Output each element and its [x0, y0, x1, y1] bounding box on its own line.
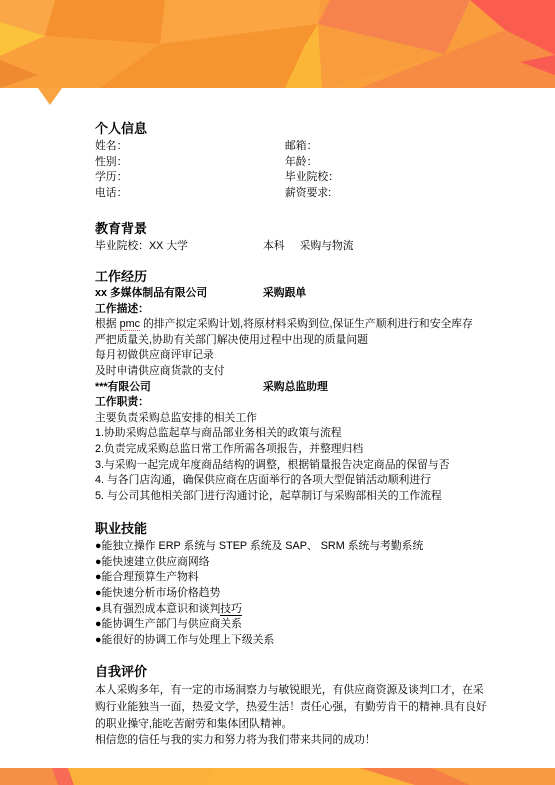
field-label-email: 邮箱：	[285, 139, 515, 155]
evaluation-line: 购行业能独当一面，热爱文学，热爱生活！责任心强，有勤劳肯干的精神.具有良好	[95, 699, 515, 716]
field-label-phone: 电话：	[95, 186, 285, 202]
field-label-gender: 性别：	[95, 155, 285, 171]
footer-polygon-graphic	[0, 768, 555, 785]
job-entry: xx 多媒体制品有限公司 采购跟单 工作描述： 根据 pmc 的排产拟定采购计划…	[95, 286, 515, 380]
job-entry: ***有限公司 采购总监助理 工作职责： 主要负责采购总监安排的相关工作 1.协…	[95, 380, 515, 505]
job-description-line: 严把质量关,协助有关部门解决使用过程中出现的质量问题	[95, 333, 515, 349]
job-description-text: 的排产拟定采购计划,将原材料采购到位,保证生产顺利进行和安全库存	[140, 318, 473, 330]
resume-page: { "theme": { "page_bg": "#ffffff", "text…	[0, 0, 555, 785]
skill-text: 能合理预算生产物料	[102, 571, 199, 583]
job-header: xx 多媒体制品有限公司 采购跟单	[95, 286, 515, 302]
field-label-degree: 学历：	[95, 170, 285, 186]
banner-notch-triangle	[38, 88, 62, 105]
personal-info-row: 电话： 薪资要求:	[95, 186, 515, 202]
skill-item: ●能快速建立供应商网络	[95, 555, 515, 571]
banner-polygon-graphic	[0, 0, 555, 105]
skill-text: 具有强烈成本意识和谈判	[102, 603, 221, 615]
section-title-personal-info: 个人信息	[95, 120, 515, 137]
job-duty-line: 1.协助采购总监起草与商品部业务相关的政策与流程	[95, 426, 515, 442]
job-description-line: 每月初做供应商评审记录	[95, 348, 515, 364]
resume-content: 个人信息 姓名： 邮箱： 性别： 年龄： 学历： 毕业院校： 电话： 薪资要求:…	[95, 105, 515, 749]
job-duty-line: 主要负责采购总监安排的相关工作	[95, 411, 515, 427]
evaluation-line: 本人采购多年，有一定的市场洞察力与敏锐眼光，有供应商资源及谈判口才，在采	[95, 682, 515, 699]
job-company: ***有限公司	[95, 380, 263, 396]
job-description-line: 及时申请供应商货款的支付	[95, 364, 515, 380]
section-title-education: 教育背景	[95, 220, 515, 237]
skill-item: ●能快速分析市场价格趋势	[95, 586, 515, 602]
personal-info-rows: 姓名： 邮箱： 性别： 年龄： 学历： 毕业院校： 电话： 薪资要求:	[95, 139, 515, 201]
job-header: ***有限公司 采购总监助理	[95, 380, 515, 396]
field-label-age: 年龄：	[285, 155, 515, 171]
spellcheck-underlined-term: pmc	[120, 318, 140, 331]
section-experience: 工作经历 xx 多媒体制品有限公司 采购跟单 工作描述： 根据 pmc 的排产拟…	[95, 268, 515, 504]
skill-item: ●能独立操作 ERP 系统与 STEP 系统及 SAP、 SRM 系统与考勤系统	[95, 539, 515, 555]
job-section-label: 工作描述：	[95, 302, 515, 318]
job-duty-line: 2.负责完成采购总监日常工作所需各项报告，并整理归档	[95, 442, 515, 458]
job-company: xx 多媒体制品有限公司	[95, 286, 263, 302]
section-education: 教育背景 毕业院校：XX 大学 本科 采购与物流	[95, 220, 515, 255]
section-skills: 职业技能 ●能独立操作 ERP 系统与 STEP 系统及 SAP、 SRM 系统…	[95, 520, 515, 648]
job-description-line: 根据 pmc 的排产拟定采购计划,将原材料采购到位,保证生产顺利进行和安全库存	[95, 317, 515, 333]
skill-text: 能很好的协调工作与处理上下级关系	[102, 634, 275, 646]
evaluation-line: 的职业操守,能吃苦耐劳和集体团队精神。	[95, 716, 515, 733]
skill-item: ●具有强烈成本意识和谈判技巧	[95, 602, 515, 618]
section-title-experience: 工作经历	[95, 268, 515, 285]
job-section-label: 工作职责：	[95, 395, 515, 411]
personal-info-row: 性别： 年龄：	[95, 155, 515, 171]
skill-text-underlined: 技巧	[220, 603, 242, 616]
job-description-text: 根据	[95, 318, 120, 330]
skill-text: 能协调生产部门与供应商关系	[102, 618, 242, 630]
evaluation-paragraph: 本人采购多年，有一定的市场洞察力与敏锐眼光，有供应商资源及谈判口才，在采 购行业…	[95, 682, 515, 748]
job-position: 采购总监助理	[263, 380, 328, 396]
education-major: 采购与物流	[300, 239, 354, 255]
job-duty-line: 3.与采购一起完成年度商品结构的调整，根据销量报告决定商品的保留与否	[95, 458, 515, 474]
skill-text: 能独立操作 ERP 系统与 STEP 系统及 SAP、 SRM 系统与考勤系统	[102, 540, 424, 552]
skill-item: ●能协调生产部门与供应商关系	[95, 617, 515, 633]
job-duty-line: 5. 与公司其他相关部门进行沟通讨论，起草制订与采购部相关的工作流程	[95, 489, 515, 505]
section-self-evaluation: 自我评价 本人采购多年，有一定的市场洞察力与敏锐眼光，有供应商资源及谈判口才，在…	[95, 663, 515, 748]
skill-text: 能快速建立供应商网络	[102, 556, 210, 568]
field-label-salary: 薪资要求:	[285, 186, 515, 202]
education-entry: 毕业院校：XX 大学 本科 采购与物流	[95, 239, 515, 255]
evaluation-line: 相信您的信任与我的实力和努力将为我们带来共同的成功！	[95, 732, 515, 749]
education-school: 毕业院校：XX 大学	[95, 240, 188, 252]
education-degree: 本科	[263, 239, 285, 255]
skill-item: ●能很好的协调工作与处理上下级关系	[95, 633, 515, 649]
personal-info-row: 学历： 毕业院校：	[95, 170, 515, 186]
field-label-name: 姓名：	[95, 139, 285, 155]
field-label-school: 毕业院校：	[285, 170, 515, 186]
section-title-self-evaluation: 自我评价	[95, 663, 515, 680]
personal-info-row: 姓名： 邮箱：	[95, 139, 515, 155]
job-duty-line: 4. 与各门店沟通，确保供应商在店面举行的各项大型促销活动顺利进行	[95, 473, 515, 489]
job-position: 采购跟单	[263, 286, 306, 302]
skills-list: ●能独立操作 ERP 系统与 STEP 系统及 SAP、 SRM 系统与考勤系统…	[95, 539, 515, 648]
skill-item: ●能合理预算生产物料	[95, 570, 515, 586]
section-personal-info: 个人信息 姓名： 邮箱： 性别： 年龄： 学历： 毕业院校： 电话： 薪资要求:	[95, 120, 515, 201]
skill-text: 能快速分析市场价格趋势	[102, 587, 221, 599]
section-title-skills: 职业技能	[95, 520, 515, 537]
